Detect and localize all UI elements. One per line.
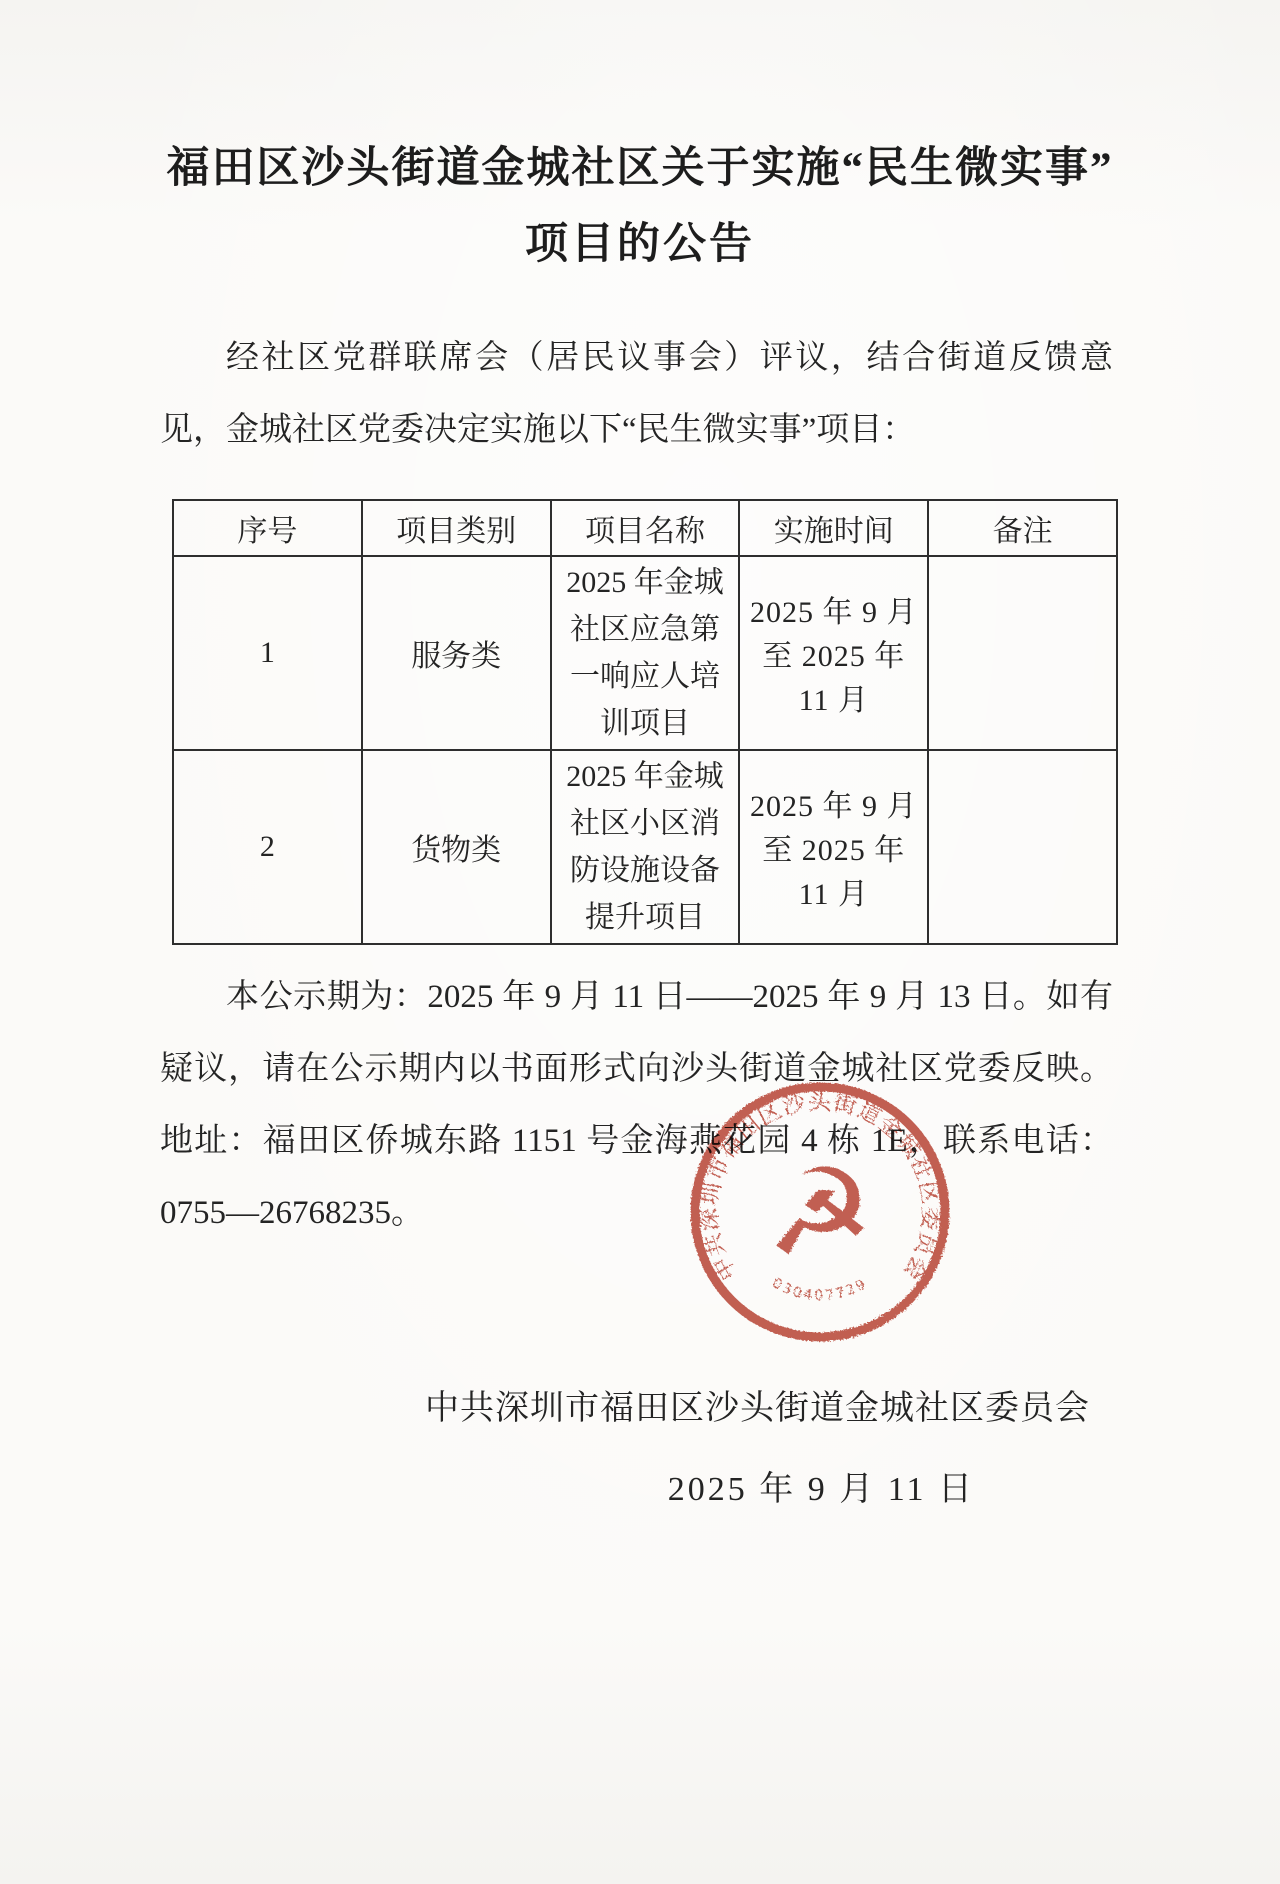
project-category: 货物类 <box>362 750 551 944</box>
project-category: 服务类 <box>362 556 551 750</box>
title-line-1: 福田区沙头街道金城社区关于实施“民生微实事” <box>0 0 1280 195</box>
table-row: 1 服务类 2025 年金城社区应急第一响应人培训项目 2025 年 9 月至 … <box>173 556 1117 750</box>
project-remark <box>928 556 1117 750</box>
table-header-time: 实施时间 <box>739 500 928 556</box>
document-page: 福田区沙头街道金城社区关于实施“民生微实事” 项目的公告 经社区党群联席会（居民… <box>0 0 1280 1884</box>
project-name: 2025 年金城社区小区消防设施设备提升项目 <box>551 750 740 944</box>
project-name: 2025 年金城社区应急第一响应人培训项目 <box>551 556 740 750</box>
row-number: 1 <box>173 556 362 750</box>
project-time: 2025 年 9 月至 2025 年 11 月 <box>739 750 928 944</box>
row-number: 2 <box>173 750 362 944</box>
title-line-2: 项目的公告 <box>0 219 1280 271</box>
table-header-category: 项目类别 <box>362 500 551 556</box>
intro-paragraph: 经社区党群联席会（居民议事会）评议，结合街道反馈意见，金城社区党委决定实施以下“… <box>160 322 1113 466</box>
table-header-row: 序号 项目类别 项目名称 实施时间 备注 <box>173 500 1117 556</box>
signature-line: 中共深圳市福田区沙头街道金城社区委员会 <box>160 1389 1113 1430</box>
document-body: 经社区党群联席会（居民议事会）评议，结合街道反馈意见，金城社区党委决定实施以下“… <box>0 322 1280 1511</box>
project-remark <box>928 750 1117 944</box>
notice-paragraph: 本公示期为：2025 年 9 月 11 日——2025 年 9 月 13 日。如… <box>160 961 1113 1249</box>
document-title: 福田区沙头街道金城社区关于实施“民生微实事” 项目的公告 <box>0 0 1280 270</box>
table-header-name: 项目名称 <box>551 500 740 556</box>
signature-date: 2025 年 9 月 11 日 <box>160 1470 1113 1511</box>
table-header-no: 序号 <box>173 500 362 556</box>
table-header-remark: 备注 <box>928 500 1117 556</box>
project-time: 2025 年 9 月至 2025 年 11 月 <box>739 556 928 750</box>
table-row: 2 货物类 2025 年金城社区小区消防设施设备提升项目 2025 年 9 月至… <box>173 750 1117 944</box>
projects-table: 序号 项目类别 项目名称 实施时间 备注 1 服务类 2025 年金城社区应急第… <box>172 499 1118 945</box>
